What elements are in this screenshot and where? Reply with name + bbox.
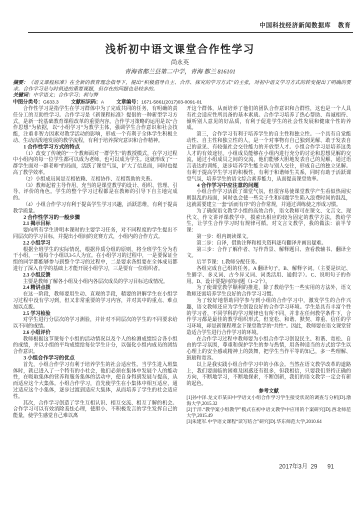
body-paragraph: （1）改变了传统的“一个教师面对一群学生”的教授模式，在学习过程中小组内的每一位… (13, 151, 178, 177)
article-meta: 摘要：《语文课程标准》在全新的教育理念指导下，提出“积极倡导自主、合作、探究的学… (13, 80, 351, 106)
body-paragraph: （3）教师起着主导作用，充当的是课堂教学的设计、组织、管理、引导、评价的角色。学… (13, 183, 178, 202)
database-name: 中国科技经济新闻数据库 (259, 22, 331, 29)
body-paragraph: 小组合作学习活跃了课堂气氛，但很容易使课堂教学产生看似热闹实则混乱的局面，同时也… (187, 189, 352, 208)
section-label: 教育 (338, 22, 351, 29)
body-paragraph: 首先，小组合作学习有利于培养学生的社会适应性。当学生进入班集体时，就已进入了一个… (13, 362, 178, 400)
doc-code-label: 文献标识码： (71, 99, 101, 105)
author-affiliation: 青海省都兰县第二中学，青海 都兰 816101 (0, 67, 360, 76)
body-paragraph: 教师根据这节课每个小组的活动情况以及个人的检测成绩综合各小组的成绩，并以小组的平… (13, 336, 178, 355)
body-paragraph: 在合作学习过程中教师要为小组合作学习创设民主、和谐、宽松、自由的学习氛围，尊重和… (187, 336, 352, 362)
article-id: 1671-5861(2017)03-0091-01 (141, 99, 202, 105)
body-paragraph: 为了较好地帮助同学参与到小组的合作学习中，激发学生的合作兴趣，语文教师还应为学生… (187, 298, 352, 336)
footer-date: 2017年3月 (279, 463, 308, 470)
body-paragraph: 在这一阶段，教师要用生动、直观的手段，精要的讲解学生在小组学习过程中没有学习到，… (13, 292, 178, 311)
paper-page: 中国科技经济新闻数据库教育 浅析初中语文课堂合作性学习 尚永英 青海省都兰县第二… (0, 0, 360, 508)
clc-number: G633.3 (43, 99, 59, 105)
abstract-text: 《语文课程标准》在全新的教育理念指导下，提出“积极倡导自主、合作、探究的学习方式… (13, 80, 351, 92)
article-title: 浅析初中语文课堂合作性学习 (0, 41, 360, 56)
keywords-label: 关键词： (13, 93, 33, 99)
reference-item: [2]于洋.“教学案小组教学”模式在初中语文教学中应用的个案研究[D].西北师范… (187, 407, 352, 419)
doc-code: A (101, 99, 104, 105)
keywords-text: 中学语文；合作学习；利与弊 (33, 93, 98, 99)
body-paragraph: 要向所有学生讲明本课时的主要学习任务，对不同程度的学生提出不同层次的学习目标，并… (13, 228, 178, 241)
classification-line: 中图分类号：G633.3 文献标识码：A 文章编号：1671-5861(2017… (13, 99, 351, 105)
body-paragraph: （2）小组成员间是互相依赖、互相协作、互相帮助的关系。 (13, 176, 178, 182)
body-paragraph-continued: 开这个群体，从而培养了他们的团队合作意识和合群性，这也是一个人具有社会适应性所具… (187, 106, 352, 132)
body-paragraph: 第三步：合作了解作者、写作背景、解释题目、查看教辅书、翻译全文。 (187, 247, 352, 260)
abstract-label: 摘要： (13, 80, 28, 86)
article-body: 合作性学习是指学生在学习群体中为了完成共同的任务，有明确的责任分工的互助性学习。… (13, 106, 351, 425)
right-column: 开这个群体，从而培养了他们的团队合作意识和合群性，这也是一个人具有社会适应性所具… (187, 106, 352, 425)
reference-item: [1]孙中泽.龙文市某田中学语文小组合作学习学生接受状况的调查与分析[D].渤海… (187, 395, 352, 407)
left-column: 合作性学习是指学生在学习群体中为了完成共同的任务，有明确的责任分工的互助性学习。… (13, 106, 178, 425)
clc-label: 中图分类号： (13, 99, 43, 105)
header-rule (28, 32, 353, 33)
body-paragraph: 以上是我实践小组合作学习中的小体会。当然在语文教学改革的道路上，我们要面临的困难… (187, 362, 352, 388)
body-paragraph: 各组完成自己组的任务。A 翻译句子。B、解释字词。（主要是识记、生僻字、多义词、… (187, 266, 352, 285)
article-id-label: 文章编号： (116, 99, 141, 105)
body-paragraph: 对学生进行分层次的学习测验，并针对不同层次的学生的不同要求给以不同的成绩。 (13, 317, 178, 330)
page-content: 中国科技经济新闻数据库教育 浅析初中语文课堂合作性学习 尚永英 青海省都兰县第二… (0, 0, 360, 508)
keywords: 关键词：中学语文；合作学习；利与弊 (13, 93, 351, 99)
body-paragraph: 第二步：自译，借助注释和相关资料逐句翻译并画出疑难。 (187, 240, 352, 246)
footer-issue: 29 (311, 463, 318, 470)
body-paragraph: 其次，合作学习创造了学生互相认识、相互交流、相互了解的机会。合作学习可以有效消除… (13, 400, 178, 419)
body-paragraph: 根据全班学生的实际情况，根据异质分组的原则，将全班学生分为若干小组，一般每个小组… (13, 247, 178, 273)
abstract: 摘要：《语文课程标准》在全新的教育理念指导下，提出“积极倡导自主、合作、探究的学… (13, 80, 351, 93)
body-paragraph: 为了使课堂教学顺利的推进，除了教给学生一些实用的方法外，语文教师还需培养学生良好… (187, 285, 352, 298)
page-footer: 2017年3月2991 (279, 462, 334, 471)
footer-page-number: 91 (327, 463, 334, 470)
body-paragraph: 合作性学习是指学生在学习群体中为了完成共同的任务，有明确的责任分工的互助性学习。… (13, 106, 178, 144)
body-paragraph: 第三，合作学习有利于培养学生的自主性和独立性。一个具有自觉能动性、自主性和独立性… (187, 132, 352, 183)
author-name: 尚永英 (0, 58, 360, 67)
body-paragraph: 为了确保语文教学小组的高效合作，语文教师可在课文、文言文、现代文、作文讲评课教学… (187, 208, 352, 234)
database-header: 中国科技经济新闻数据库教育 (259, 21, 351, 30)
reference-item: [3]朱建军.中学语文课程“读写结合”研究[D].华东师范大学,2010.64 (187, 419, 352, 425)
body-paragraph: （4）小组合作学习有利于提高学生学习兴趣，活跃思维，有利于提高教学质量。 (13, 202, 178, 215)
